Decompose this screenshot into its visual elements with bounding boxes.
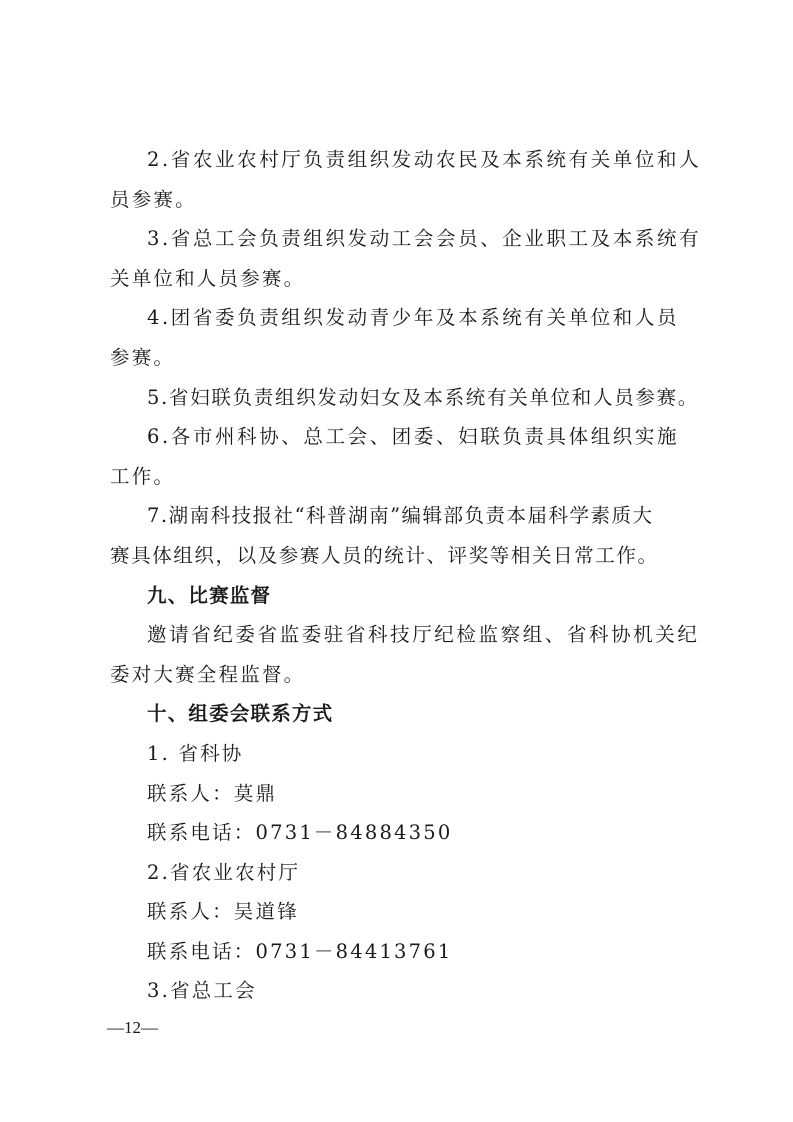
contact-2-phone: 联系电话：0731－84413761 [110,932,702,972]
paragraph-6-line-2: 工作。 [110,457,702,497]
page-number: —12— [107,1018,158,1038]
contact-2-person: 联系人：吴道锋 [110,892,702,932]
section-10-heading: 十、组委会联系方式 [110,694,702,734]
document-page: 2.省农业农村厅负责组织发动农民及本系统有关单位和人 员参赛。 3.省总工会负责… [0,0,793,1122]
section-9-heading: 九、比赛监督 [110,576,702,616]
paragraph-7-line-1: 7.湖南科技报社“科普湖南”编辑部负责本届科学素质大 [110,496,702,536]
section-9-line-1: 邀请省纪委省监委驻省科技厅纪检监察组、省科协机关纪 [110,615,702,655]
contact-1-person: 联系人：莫鼎 [110,774,702,814]
paragraph-6-line-1: 6.各市州科协、总工会、团委、妇联负责具体组织实施 [110,417,702,457]
contact-3-org: 3.省总工会 [110,971,702,1011]
page-content: 2.省农业农村厅负责组织发动农民及本系统有关单位和人 员参赛。 3.省总工会负责… [110,140,702,1011]
paragraph-7-line-2: 赛具体组织，以及参赛人员的统计、评奖等相关日常工作。 [110,536,702,576]
paragraph-2-line-2: 员参赛。 [110,180,702,220]
section-9-line-2: 委对大赛全程监督。 [110,655,702,695]
contact-1-org: 1. 省科协 [110,734,702,774]
paragraph-5-line-1: 5.省妇联负责组织发动妇女及本系统有关单位和人员参赛。 [110,378,702,418]
paragraph-3-line-2: 关单位和人员参赛。 [110,259,702,299]
paragraph-2-line-1: 2.省农业农村厅负责组织发动农民及本系统有关单位和人 [110,140,702,180]
contact-2-org: 2.省农业农村厅 [110,853,702,893]
contact-1-phone: 联系电话：0731－84884350 [110,813,702,853]
paragraph-3-line-1: 3.省总工会负责组织发动工会会员、企业职工及本系统有 [110,219,702,259]
paragraph-4-line-1: 4.团省委负责组织发动青少年及本系统有关单位和人员 [110,298,702,338]
paragraph-4-line-2: 参赛。 [110,338,702,378]
